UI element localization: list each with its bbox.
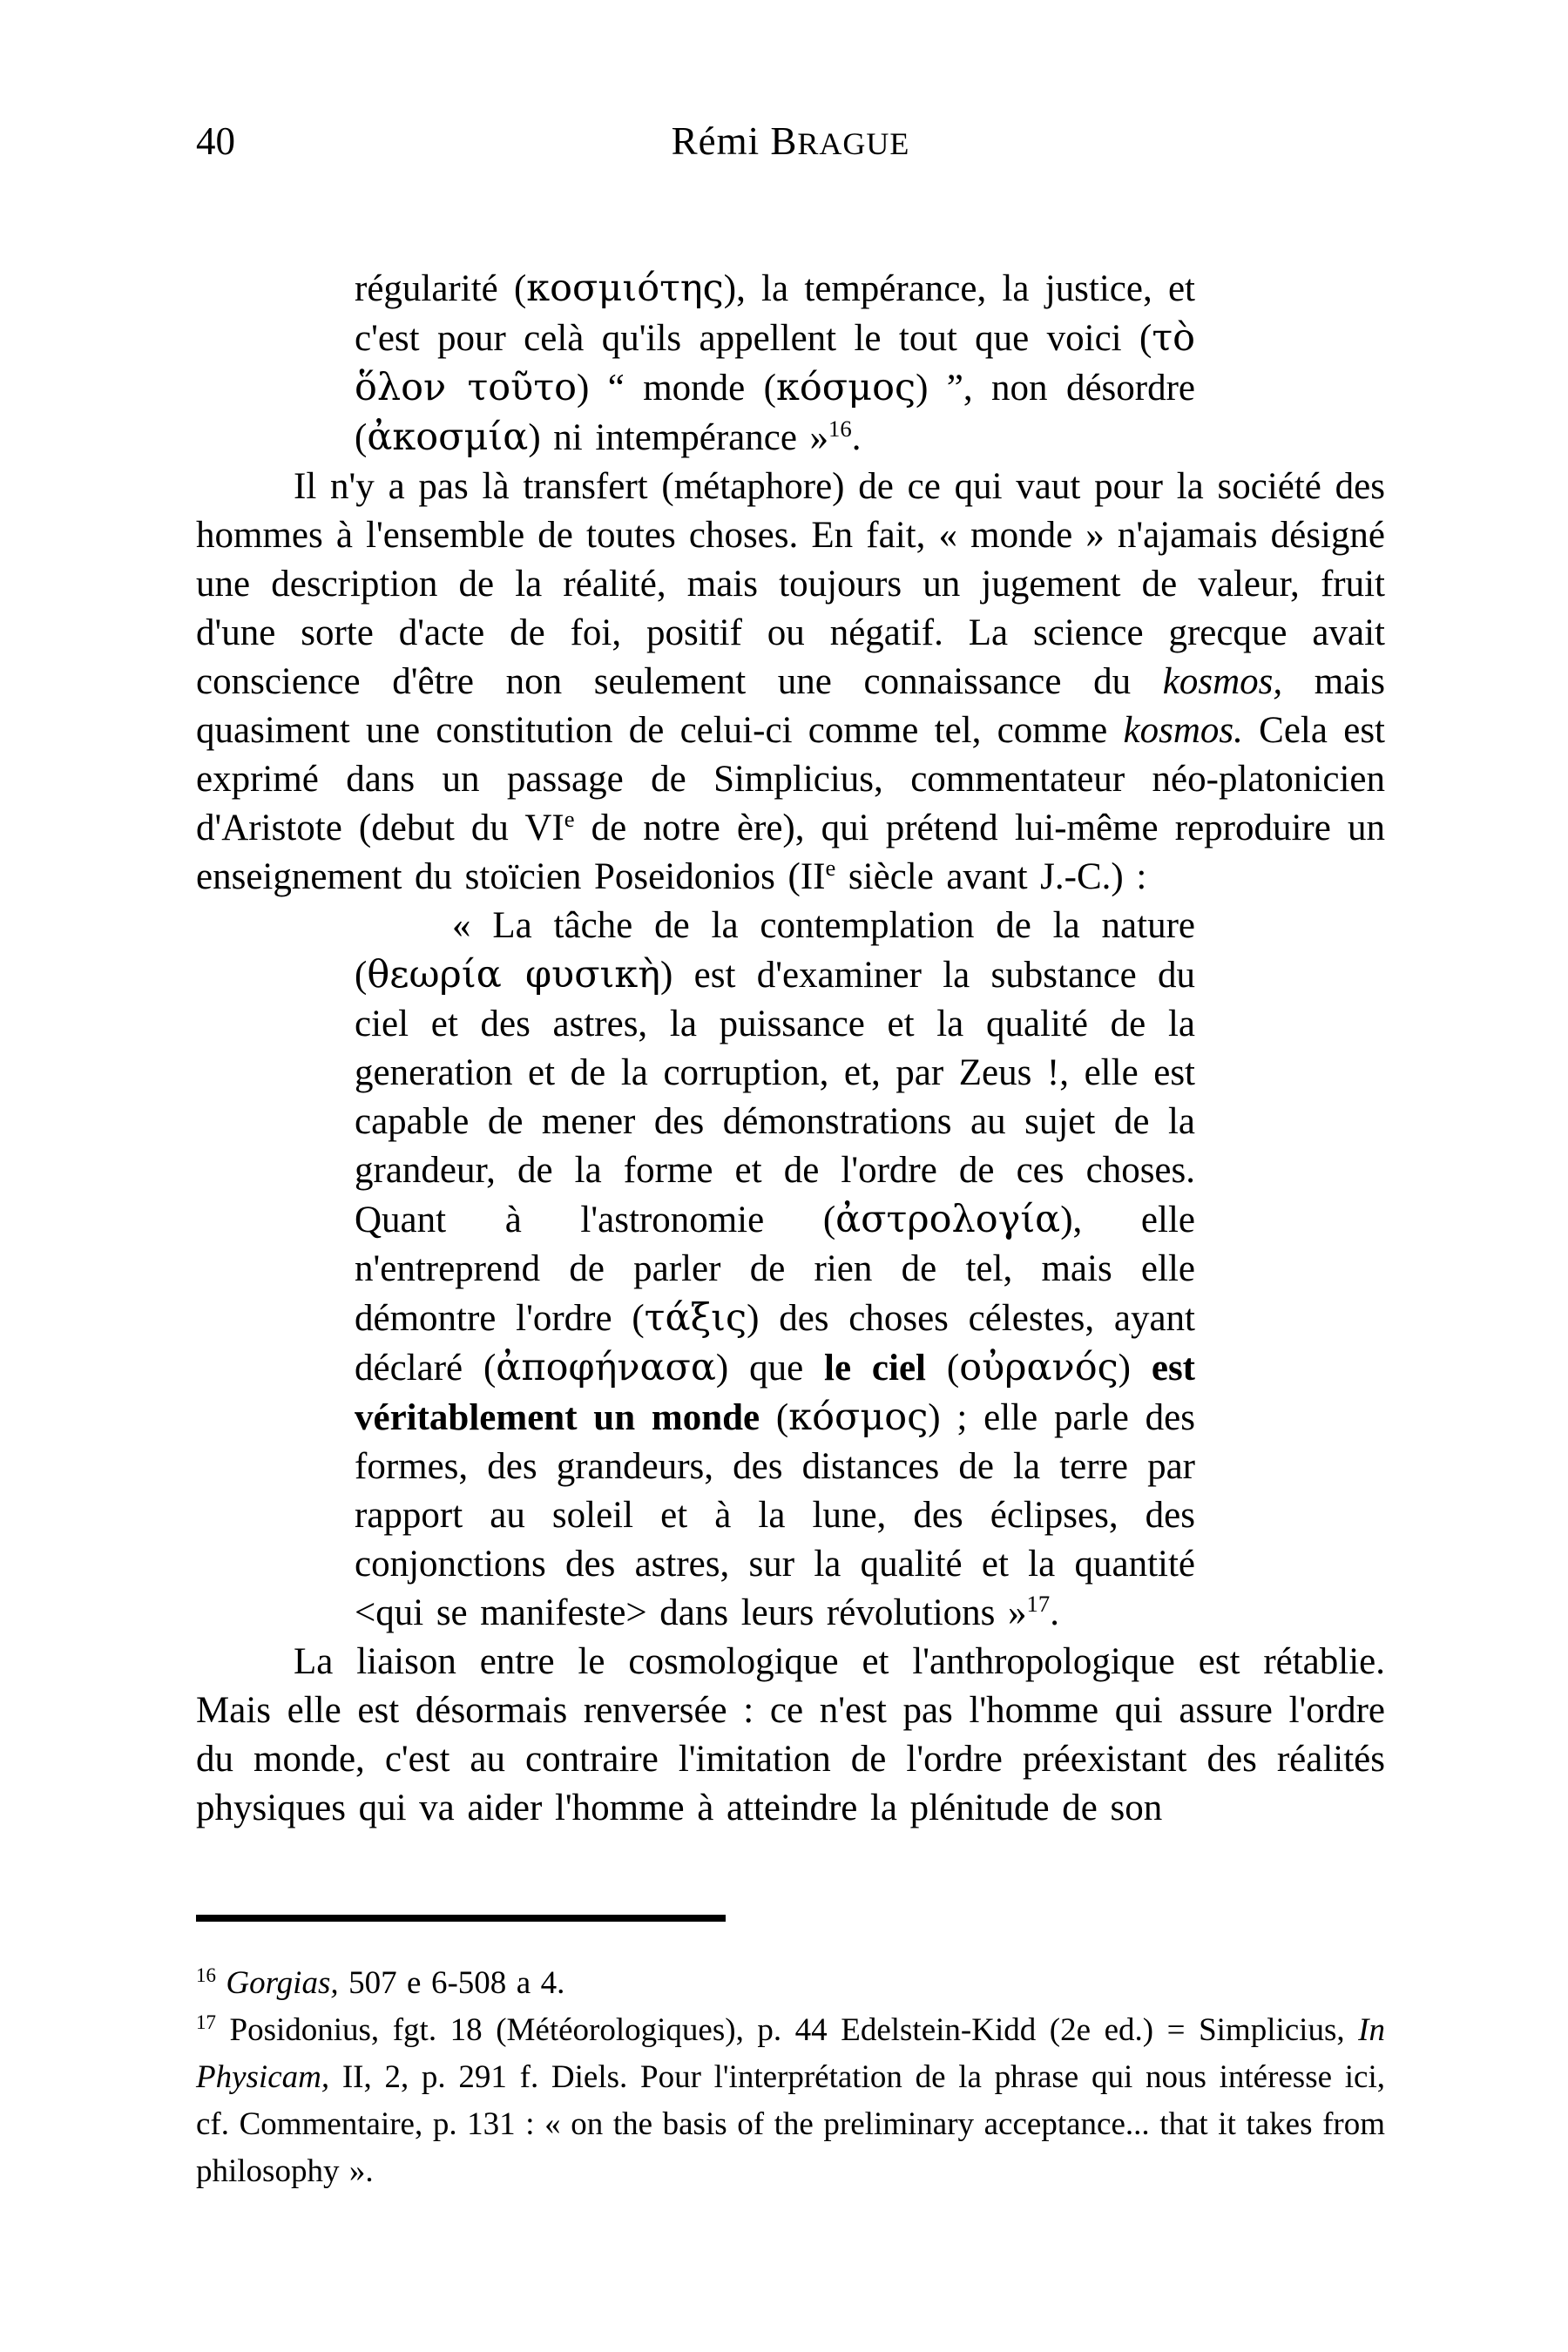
text-segment: . — [852, 417, 862, 458]
text-segment: siècle avant J.-C.) : — [835, 856, 1146, 897]
text-segment: 16 — [828, 416, 852, 442]
quote-block-2: « La tâche de la contemplation de la nat… — [355, 902, 1195, 1638]
text-segment: οὐρανός — [959, 1346, 1118, 1389]
text-segment: 17 — [1027, 1591, 1051, 1617]
footnote-separator — [196, 1915, 726, 1922]
text-segment: ) “ monde ( — [577, 368, 776, 409]
text-segment: La liaison entre le cosmologique et l'an… — [196, 1641, 1385, 1828]
text-segment: ) est d'examiner la substance du ciel et… — [355, 955, 1195, 1240]
footnote-17: 17 Posidonius, fgt. 18 (Météorologiques)… — [196, 2007, 1385, 2195]
document-page: 40 Rémi BRAGUE régularité (κοσμιότης), l… — [0, 0, 1568, 2352]
text-segment: ) ni intempérance » — [528, 417, 828, 458]
text-segment: ( — [926, 1348, 959, 1389]
text-segment: Posidonius, fgt. 18 (Météorologiques), p… — [216, 2012, 1358, 2048]
text-segment: ) que — [716, 1348, 824, 1389]
footnote-16: 16 Gorgias, 507 e 6-508 a 4. — [196, 1960, 1385, 2007]
text-segment: régularité ( — [355, 268, 526, 309]
paragraph-2: La liaison entre le cosmologique et l'an… — [196, 1638, 1385, 1833]
text-segment: 17 — [196, 2011, 216, 2033]
text-segment: κοσμιότης — [526, 267, 723, 310]
quote-block-1: régularité (κοσμιότης), la tempérance, l… — [355, 264, 1195, 463]
page-body: régularité (κοσμιότης), la tempérance, l… — [196, 264, 1385, 1833]
running-header: 40 Rémi BRAGUE — [196, 118, 1385, 171]
text-segment: Gorgias, — [226, 1965, 338, 2001]
text-segment: e — [564, 806, 575, 832]
running-head-author: Rémi BRAGUE — [196, 118, 1385, 164]
text-segment: 16 — [196, 1964, 216, 1986]
text-segment: e — [825, 855, 835, 881]
footnotes-section: 16 Gorgias, 507 e 6-508 a 4. 17 Posidoni… — [196, 1915, 1385, 2195]
text-segment: ἀποφήνασα — [496, 1346, 716, 1389]
text-segment: ἀκοσμία — [367, 416, 528, 459]
text-segment: . — [1050, 1592, 1059, 1633]
text-segment: RAGUE — [797, 126, 909, 161]
text-segment: τάξις — [645, 1296, 747, 1340]
text-segment: ( — [760, 1397, 788, 1438]
text-segment: ἀστρολογία — [835, 1198, 1060, 1241]
paragraph-1: Il n'y a pas là transfert (métaphore) de… — [196, 463, 1385, 902]
text-segment: ) — [1119, 1348, 1152, 1389]
text-segment: le ciel — [824, 1348, 926, 1389]
text-segment: II, 2, p. 291 f. Diels. Pour l'interprét… — [196, 2059, 1385, 2189]
text-segment: kosmos, — [1163, 661, 1282, 702]
text-segment: Rémi B — [672, 119, 798, 163]
text-segment — [216, 1965, 226, 2001]
text-segment: θεωρία φυσικὴ — [367, 953, 660, 997]
text-segment: 507 e 6-508 a 4. — [339, 1965, 565, 2001]
text-segment: κόσμος — [776, 366, 916, 409]
text-segment: kosmos. — [1124, 710, 1243, 751]
text-segment: κόσμος — [788, 1396, 928, 1439]
